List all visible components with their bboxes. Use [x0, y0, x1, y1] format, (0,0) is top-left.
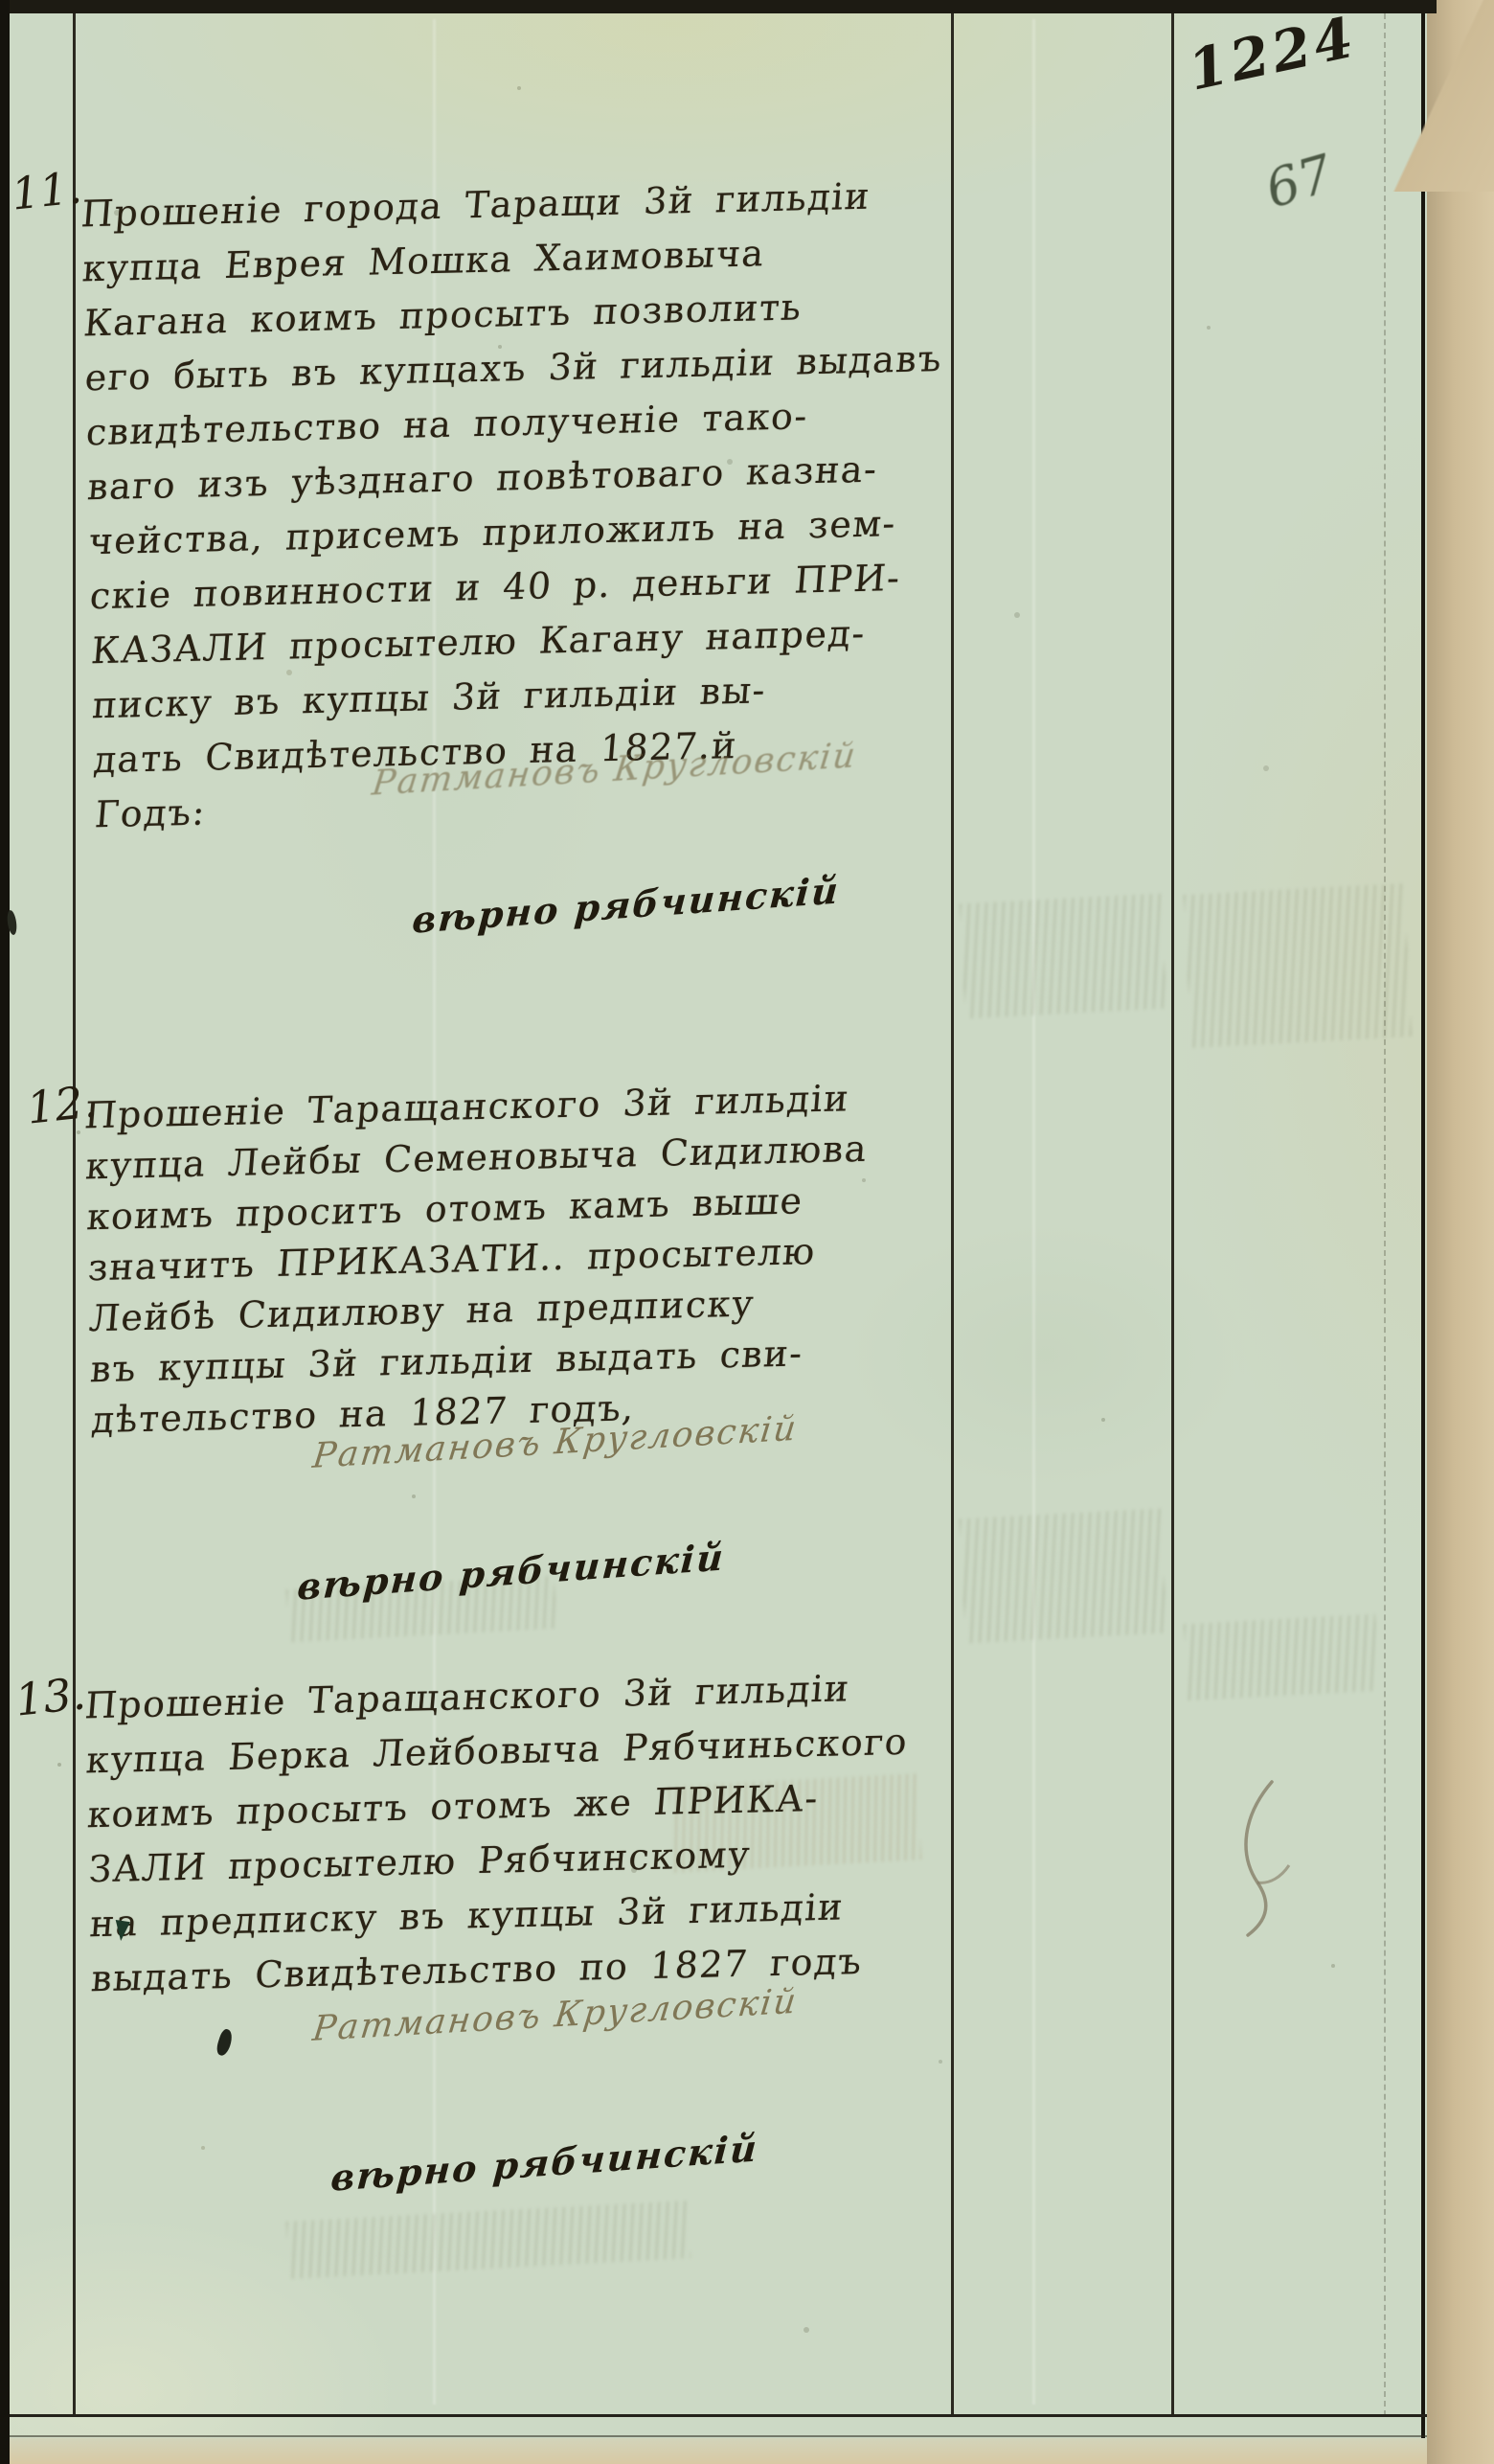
ink-bleedthrough — [286, 2201, 691, 2279]
entry-11: Прошеніе города Таращи 3й гильдіи купца … — [80, 168, 962, 842]
entry-12: Прошеніе Таращанского 3й гильдіи купца Л… — [84, 1071, 959, 1446]
faint-dashed-rule-line — [1384, 13, 1388, 2416]
column-rule-line — [1171, 13, 1174, 2416]
secondary-folio-number: 67 — [1259, 144, 1339, 220]
ink-bleedthrough — [960, 894, 1166, 1019]
entry-number-11: 11. — [9, 161, 83, 219]
paper-crease — [1032, 19, 1035, 2405]
right-edge-rule-line — [1421, 0, 1425, 2464]
pencil-squiggle-mark — [1214, 1777, 1301, 1940]
entry-13: Прошеніе Таращанского 3й гильдіи купца Б… — [84, 1659, 959, 2006]
manuscript-page: 1224 67 11. Прошеніе города Таращи 3й ги… — [0, 0, 1494, 2464]
bottom-rule-line — [0, 2414, 1427, 2417]
entry-number-13: 13. — [12, 1667, 87, 1725]
ink-bleedthrough — [1184, 1614, 1379, 1700]
next-page-corner — [1371, 0, 1494, 192]
verification-note: вѣрно рябчинскій — [411, 868, 841, 942]
bottom-rule-line-2 — [0, 2435, 1494, 2437]
left-border — [0, 0, 10, 2464]
folio-number: 1224 — [1183, 4, 1363, 103]
ink-bleedthrough — [1184, 883, 1412, 1048]
margin-rule-line — [73, 13, 76, 2416]
next-page-edge — [1427, 0, 1494, 2464]
ink-blot — [215, 2028, 235, 2058]
verification-note: вѣрно рябчинскій — [329, 2126, 759, 2200]
top-border — [0, 0, 1437, 13]
bottom-page-margin — [0, 2438, 1494, 2464]
ink-bleedthrough — [960, 1509, 1167, 1644]
